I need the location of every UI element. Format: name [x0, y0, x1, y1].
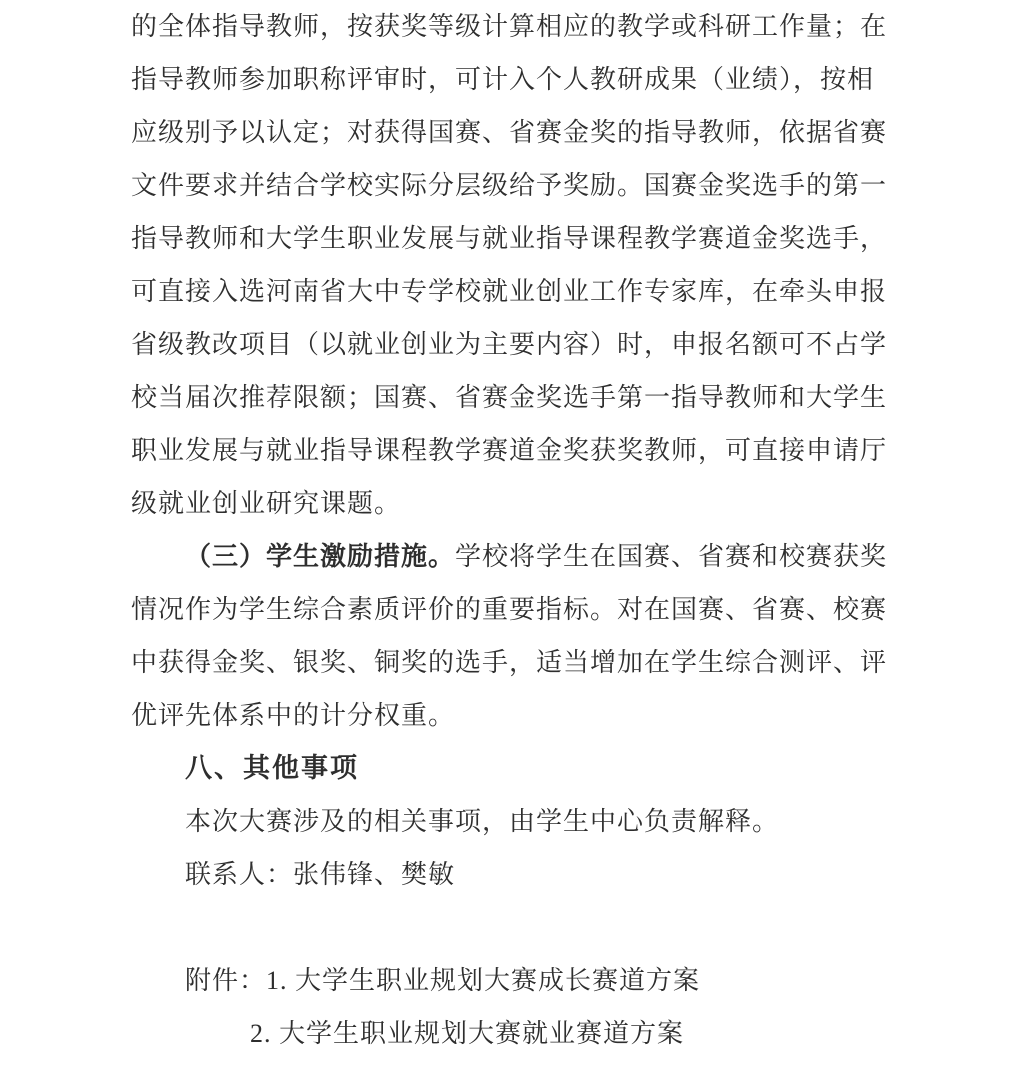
student-incentive-paragraph-first-line: （三）学生激励措施。学校将学生在国赛、省赛和校赛获奖: [131, 530, 904, 583]
section-eight-body-line: 本次大赛涉及的相关事项，由学生中心负责解释。: [131, 795, 904, 848]
section-heading-other-matters: 八、其他事项: [131, 742, 904, 795]
teacher-paragraph-line-5: 指导教师和大学生职业发展与就业指导课程教学赛道金奖选手，: [131, 212, 904, 265]
contact-person-line: 联系人：张伟锋、樊敏: [131, 848, 904, 901]
blank-line-spacer: [131, 901, 904, 954]
teacher-paragraph-line-1: 的全体指导教师，按获奖等级计算相应的教学或科研工作量；在: [131, 0, 904, 53]
teacher-paragraph-line-7: 省级教改项目（以就业创业为主要内容）时，申报名额可不占学: [131, 318, 904, 371]
student-paragraph-line-3: 中获得金奖、银奖、铜奖的选手，适当增加在学生综合测评、评: [131, 636, 904, 689]
teacher-paragraph-line-3: 应级别予以认定；对获得国赛、省赛金奖的指导教师，依据省赛: [131, 106, 904, 159]
student-incentive-heading-inline: （三）学生激励措施。: [185, 542, 455, 571]
student-incentive-first-line-text: 学校将学生在国赛、省赛和校赛获奖: [455, 542, 887, 571]
teacher-paragraph-line-9: 职业发展与就业指导课程教学赛道金奖获奖教师，可直接申请厅: [131, 424, 904, 477]
teacher-paragraph-line-4: 文件要求并结合学校实际分层级给予奖励。国赛金奖选手的第一: [131, 159, 904, 212]
student-paragraph-line-2: 情况作为学生综合素质评价的重要指标。对在国赛、省赛、校赛: [131, 583, 904, 636]
teacher-paragraph-line-2: 指导教师参加职称评审时，可计入个人教研成果（业绩），按相: [131, 53, 904, 106]
student-paragraph-line-4: 优评先体系中的计分权重。: [131, 689, 904, 742]
attachment-line-2: 2. 大学生职业规划大赛就业赛道方案: [131, 1007, 904, 1060]
document-page: 的全体指导教师，按获奖等级计算相应的教学或科研工作量；在 指导教师参加职称评审时…: [0, 0, 1024, 1069]
attachment-line-1: 附件：1. 大学生职业规划大赛成长赛道方案: [131, 954, 904, 1007]
teacher-paragraph-line-10: 级就业创业研究课题。: [131, 477, 904, 530]
teacher-paragraph-line-6: 可直接入选河南省大中专学校就业创业工作专家库，在牵头申报: [131, 265, 904, 318]
teacher-paragraph-line-8: 校当届次推荐限额；国赛、省赛金奖选手第一指导教师和大学生: [131, 371, 904, 424]
